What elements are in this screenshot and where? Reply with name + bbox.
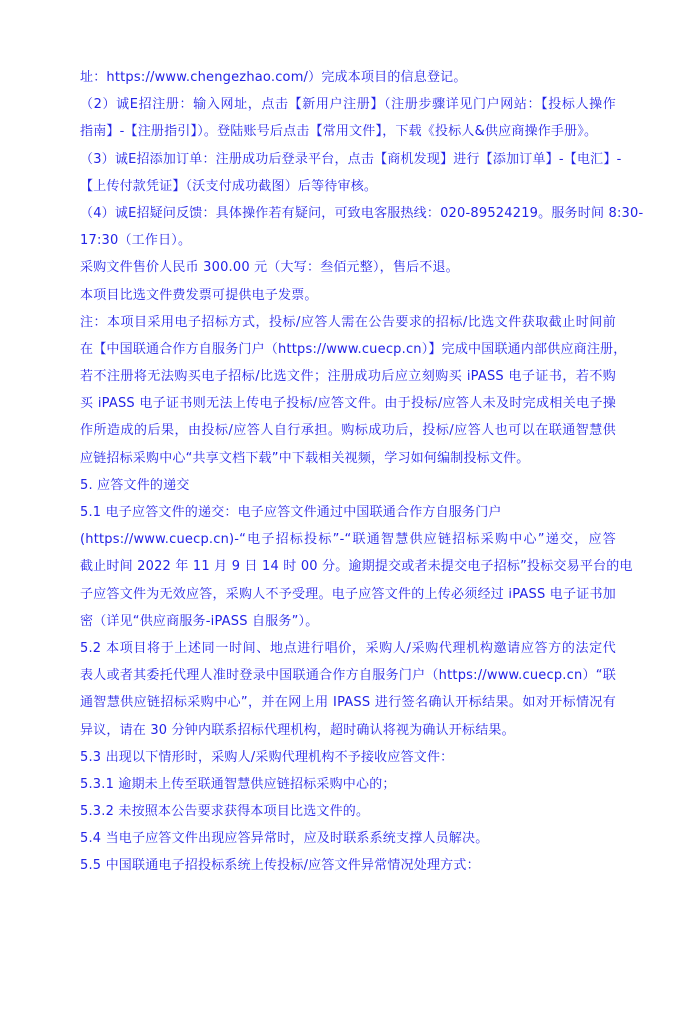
document-page: 址：https://www.chengezhao.com/）完成本项目的信息登记… bbox=[80, 64, 616, 880]
text-line: 5.3 出现以下情形时，采购人/采购代理机构不予接收应答文件： bbox=[80, 744, 616, 771]
text-line: 5.4 当电子应答文件出现应答异常时，应及时联系系统支撑人员解决。 bbox=[80, 825, 616, 852]
text-line: 注：本项目采用电子招标方式，投标/应答人需在公告要求的招标/比选文件获取截止时间… bbox=[80, 309, 616, 336]
text-line: (https://www.cuecp.cn)-“电子招标投标”-“联通智慧供应链… bbox=[80, 526, 616, 553]
text-line: 在【中国联通合作方自服务门户（https://www.cuecp.cn）】完成中… bbox=[80, 336, 616, 363]
text-line: 址：https://www.chengezhao.com/）完成本项目的信息登记… bbox=[80, 64, 616, 91]
text-line: 本项目比选文件费发票可提供电子发票。 bbox=[80, 282, 616, 309]
text-line: 若不注册将无法购买电子招标/比选文件；注册成功后应立刻购买 iPASS 电子证书… bbox=[80, 363, 616, 390]
text-line: 5.3.1 逾期未上传至联通智慧供应链招标采购中心的； bbox=[80, 771, 616, 798]
text-line: 作所造成的后果，由投标/应答人自行承担。购标成功后，投标/应答人也可以在联通智慧… bbox=[80, 417, 616, 444]
text-line: 采购文件售价人民币 300.00 元（大写：叁佰元整），售后不退。 bbox=[80, 254, 616, 281]
text-line: （4）诚E招疑问反馈：具体操作若有疑问，可致电客服热线：020-89524219… bbox=[80, 200, 616, 227]
text-line: 通智慧供应链招标采购中心”，并在网上用 IPASS 进行签名确认开标结果。如对开… bbox=[80, 689, 616, 716]
text-line: （2）诚E招注册：输入网址，点击【新用户注册】（注册步骤详见门户网站：【投标人操… bbox=[80, 91, 616, 118]
text-line: 5.5 中国联通电子招投标系统上传投标/应答文件异常情况处理方式： bbox=[80, 852, 616, 879]
text-line: 5.1 电子应答文件的递交：电子应答文件通过中国联通合作方自服务门户 bbox=[80, 499, 616, 526]
section-heading: 5. 应答文件的递交 bbox=[80, 472, 616, 499]
text-line: 5.2 本项目将于上述同一时间、地点进行唱价，采购人/采购代理机构邀请应答方的法… bbox=[80, 635, 616, 662]
text-line: 异议，请在 30 分钟内联系招标代理机构，超时确认将视为确认开标结果。 bbox=[80, 717, 616, 744]
text-line: 密（详见“供应商服务-iPASS 自服务”）。 bbox=[80, 608, 616, 635]
text-line: 买 iPASS 电子证书则无法上传电子投标/应答文件。由于投标/应答人未及时完成… bbox=[80, 390, 616, 417]
text-line: 【上传付款凭证】（沃支付成功截图）后等待审核。 bbox=[80, 173, 616, 200]
text-line: 子应答文件为无效应答，采购人不予受理。电子应答文件的上传必须经过 iPASS 电… bbox=[80, 581, 616, 608]
text-line: 应链招标采购中心“共享文档下载”中下载相关视频，学习如何编制投标文件。 bbox=[80, 445, 616, 472]
text-line: 截止时间 2022 年 11 月 9 日 14 时 00 分。逾期提交或者未提交… bbox=[80, 553, 616, 580]
text-line: （3）诚E招添加订单：注册成功后登录平台，点击【商机发现】进行【添加订单】-【电… bbox=[80, 146, 616, 173]
text-line: 17:30（工作日）。 bbox=[80, 227, 616, 254]
text-line: 表人或者其委托代理人准时登录中国联通合作方自服务门户（https://www.c… bbox=[80, 662, 616, 689]
text-line: 5.3.2 未按照本公告要求获得本项目比选文件的。 bbox=[80, 798, 616, 825]
text-line: 指南】-【注册指引】）。登陆账号后点击【常用文件】，下载《投标人&供应商操作手册… bbox=[80, 118, 616, 145]
